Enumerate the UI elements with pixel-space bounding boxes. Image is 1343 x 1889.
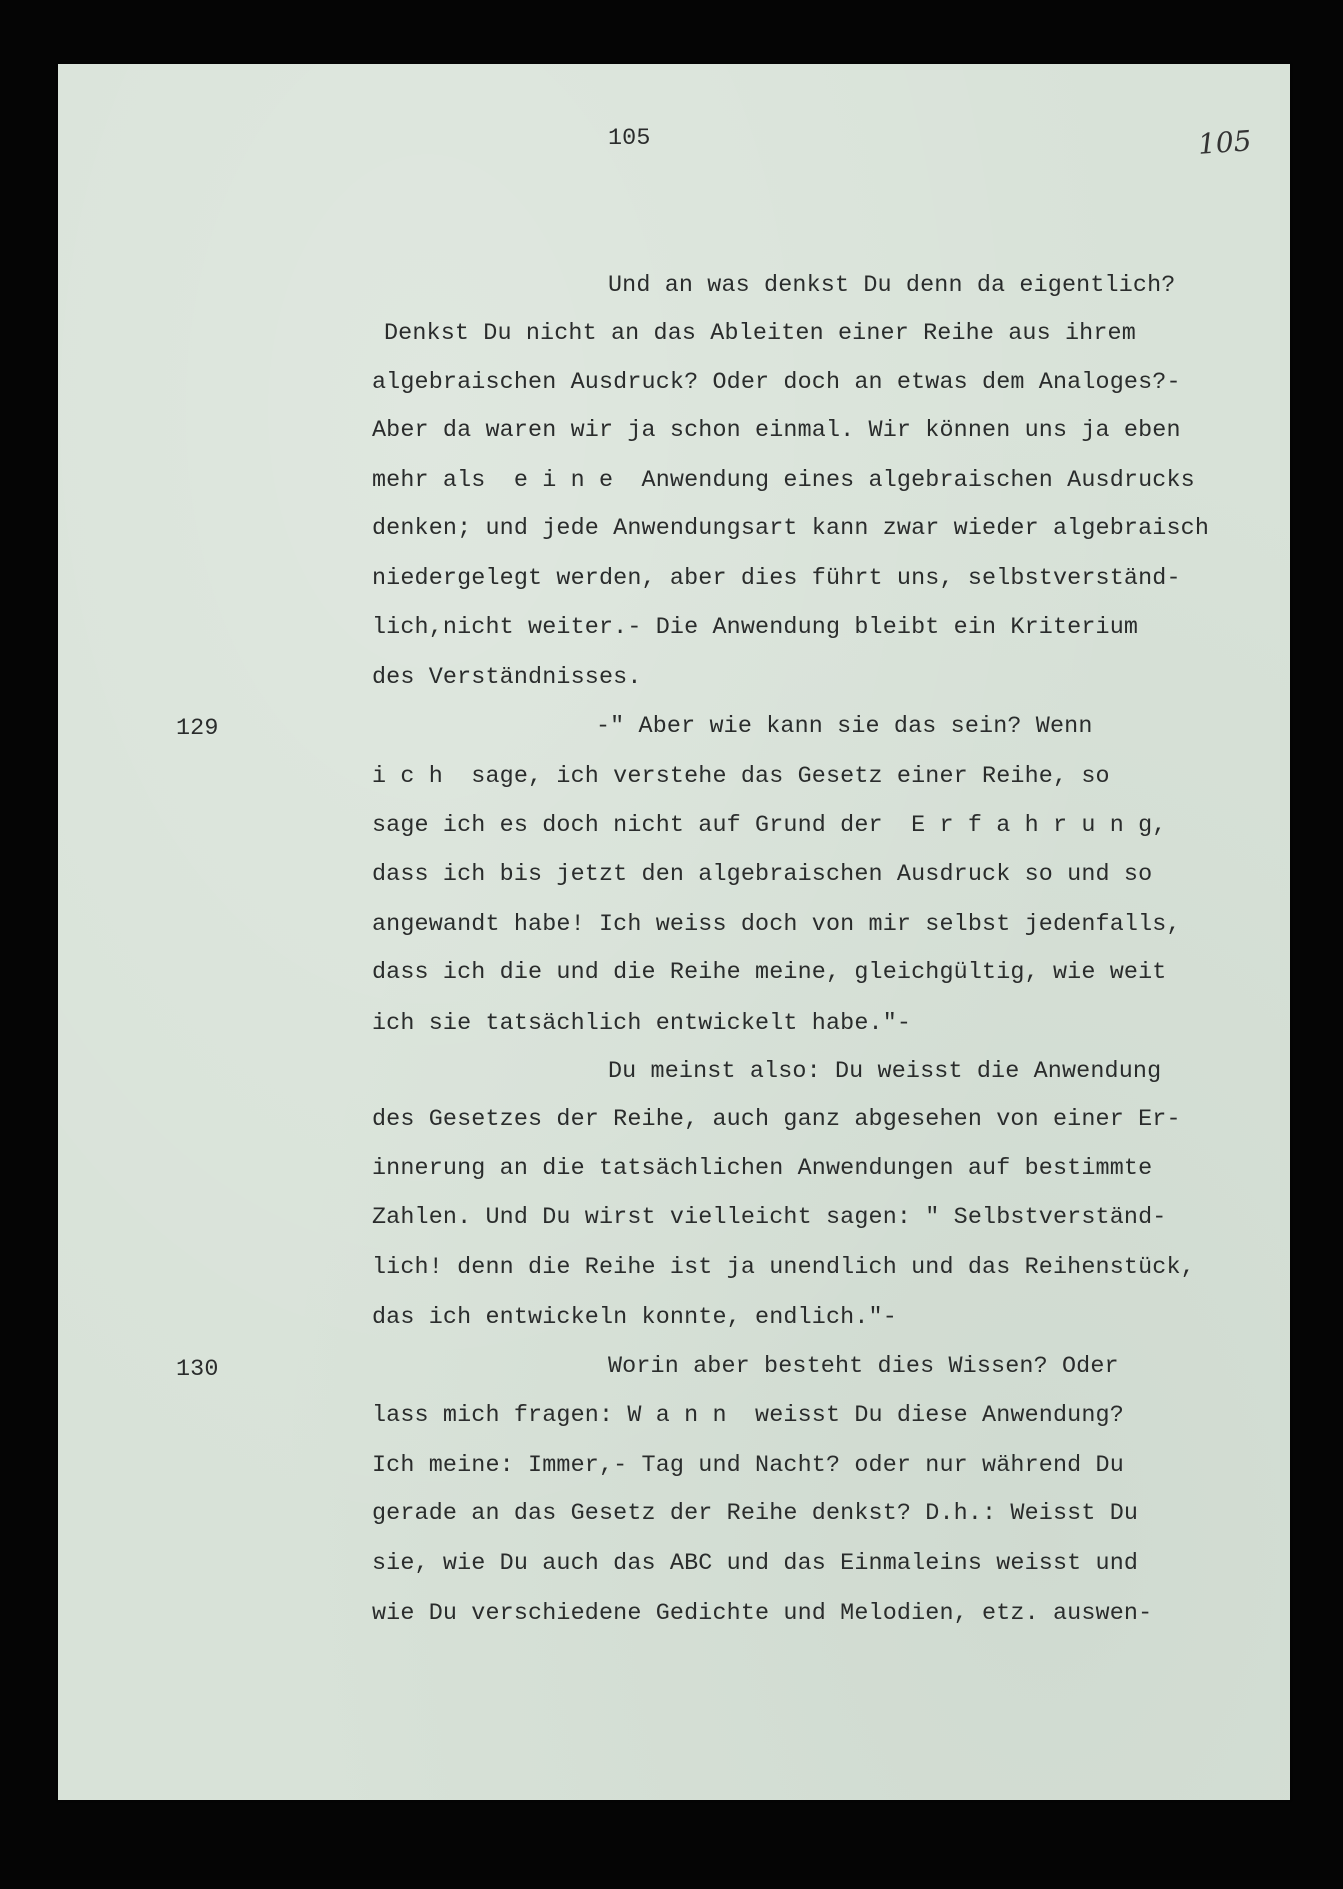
text-line: des Verständnisses.: [372, 667, 642, 690]
text-line: das ich entwickeln konnte, endlich."-: [372, 1307, 897, 1330]
text-line: algebraischen Ausdruck? Oder doch an etw…: [372, 372, 1181, 395]
handwritten-page-number: 105: [1197, 124, 1253, 161]
text-line: mehr als e i n e Anwendung eines algebra…: [372, 470, 1195, 493]
text-line: dass ich bis jetzt den algebraischen Aus…: [372, 864, 1152, 887]
text-line: dass ich die und die Reihe meine, gleich…: [372, 962, 1166, 985]
text-line: lich,nicht weiter.- Die Anwendung bleibt…: [372, 617, 1138, 640]
text-line: i c h sage, ich verstehe das Gesetz eine…: [372, 766, 1110, 789]
text-line: lich! denn die Reihe ist ja unendlich un…: [372, 1257, 1195, 1280]
text-line: lass mich fragen: W a n n weisst Du dies…: [372, 1405, 1124, 1428]
paragraph-first-line: Du meinst also: Du weisst die Anwendung: [608, 1061, 1161, 1084]
text-line: ich sie tatsächlich entwickelt habe."-: [372, 1013, 911, 1036]
typed-page-number: 105: [608, 128, 651, 151]
paragraph-first-line: Und an was denkst Du denn da eigentlich?: [608, 275, 1175, 298]
text-line: sie, wie Du auch das ABC und das Einmale…: [372, 1553, 1138, 1576]
text-line: niedergelegt werden, aber dies führt uns…: [372, 568, 1181, 591]
text-line: Zahlen. Und Du wirst vielleicht sagen: "…: [372, 1207, 1166, 1230]
text-line: angewandt habe! Ich weiss doch von mir s…: [372, 914, 1181, 937]
paragraph-first-line: -" Aber wie kann sie das sein? Wenn: [596, 716, 1093, 739]
section-number: 130: [176, 1359, 219, 1382]
text-line: denken; und jede Anwendungsart kann zwar…: [372, 518, 1209, 541]
text-line: wie Du verschiedene Gedichte und Melodie…: [372, 1603, 1152, 1626]
text-line: des Gesetzes der Reihe, auch ganz abgese…: [372, 1109, 1181, 1132]
text-line: innerung an die tatsächlichen Anwendunge…: [372, 1158, 1152, 1181]
paragraph-first-line: Worin aber besteht dies Wissen? Oder: [608, 1356, 1119, 1379]
section-number: 129: [176, 718, 219, 741]
text-line: Ich meine: Immer,- Tag und Nacht? oder n…: [372, 1455, 1124, 1478]
text-line: Denkst Du nicht an das Ableiten einer Re…: [384, 323, 1136, 346]
text-line: gerade an das Gesetz der Reihe denkst? D…: [372, 1503, 1138, 1526]
text-line: Aber da waren wir ja schon einmal. Wir k…: [372, 420, 1181, 443]
text-line: sage ich es doch nicht auf Grund der E r…: [372, 815, 1166, 838]
